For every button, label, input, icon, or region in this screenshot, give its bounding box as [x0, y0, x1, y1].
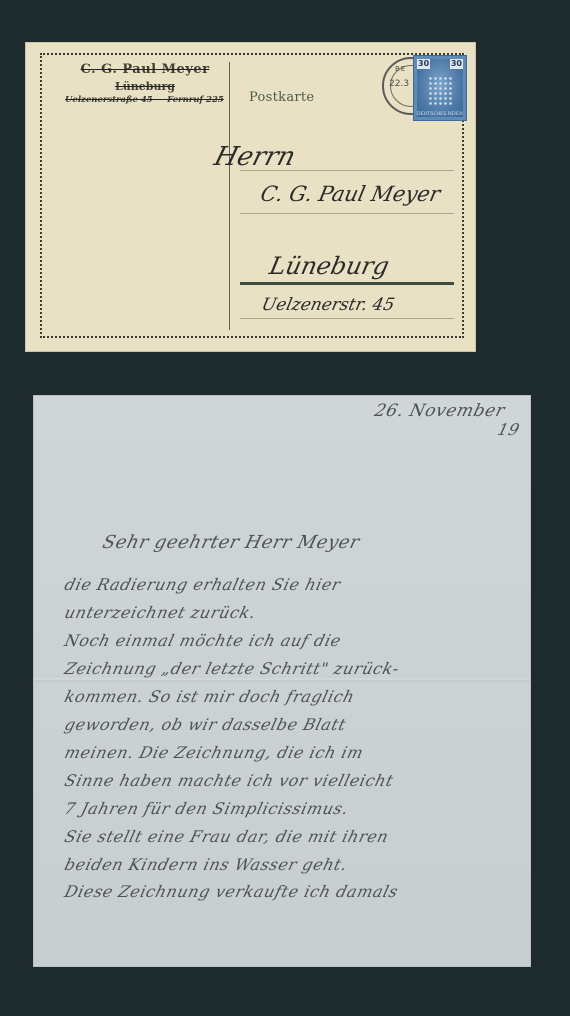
letter-line: meinen. Die Zeichnung, die ich im	[63, 743, 528, 762]
letter-line: kommen. So ist mir doch fraglich	[63, 687, 528, 706]
letter-line: 7 Jahren für den Simplicissimus.	[63, 799, 528, 818]
letter-line: Sie stellt eine Frau dar, die mit ihren	[63, 827, 528, 846]
stamp-label: DEUTSCHES REICH	[417, 112, 463, 117]
letter-date: 26. November	[373, 401, 508, 421]
letter-line: geworden, ob wir dasselbe Blatt	[63, 715, 528, 734]
postcard: C. G. Paul Meyer Lüneburg Uelzenerstraße…	[25, 42, 476, 352]
sender-address: Uelzenerstraße 45 — Fernruf 225	[55, 95, 235, 105]
letter-line: die Radierung erhalten Sie hier	[63, 575, 528, 594]
stamp-perfin-holes	[428, 76, 454, 106]
postmark-city: BE	[395, 65, 406, 73]
address-line-3	[240, 282, 454, 285]
letter-line: beiden Kindern ins Wasser geht.	[63, 855, 528, 874]
letter-salutation: Sehr geehrter Herr Meyer	[100, 532, 362, 553]
letter-line: Sinne haben machte ich vor vielleicht	[63, 771, 528, 790]
letter-line: Diese Zeichnung verkaufte ich damals	[63, 882, 528, 901]
sender-name: C. G. Paul Meyer	[55, 62, 235, 77]
recipient-city: Lüneburg	[267, 252, 392, 280]
postage-stamp: 30 30 DEUTSCHES REICH	[413, 55, 467, 121]
handwritten-letter: 26. November 19 Sehr geehrter Herr Meyer…	[33, 395, 531, 967]
postmark-date: 22.3	[389, 79, 409, 89]
stamp-value-right: 30	[450, 59, 463, 69]
postcard-title: Postkarte	[249, 90, 314, 105]
letter-line: Zeichnung „der letzte Schritt" zurück-	[63, 659, 528, 678]
letter-year: 19	[496, 420, 522, 439]
stamp-value-left: 30	[417, 59, 430, 69]
sender-block: C. G. Paul Meyer Lüneburg Uelzenerstraße…	[55, 62, 235, 105]
letter-line: Noch einmal möchte ich auf die	[63, 631, 528, 650]
sender-city: Lüneburg	[55, 80, 235, 93]
recipient-salutation: Herrn	[211, 142, 299, 172]
recipient-name: C. G. Paul Meyer	[258, 182, 442, 206]
address-line-2	[240, 213, 454, 214]
recipient-street: Uelzenerstr. 45	[260, 295, 396, 315]
address-line-4	[240, 318, 454, 319]
letter-line: unterzeichnet zurück.	[63, 603, 528, 622]
